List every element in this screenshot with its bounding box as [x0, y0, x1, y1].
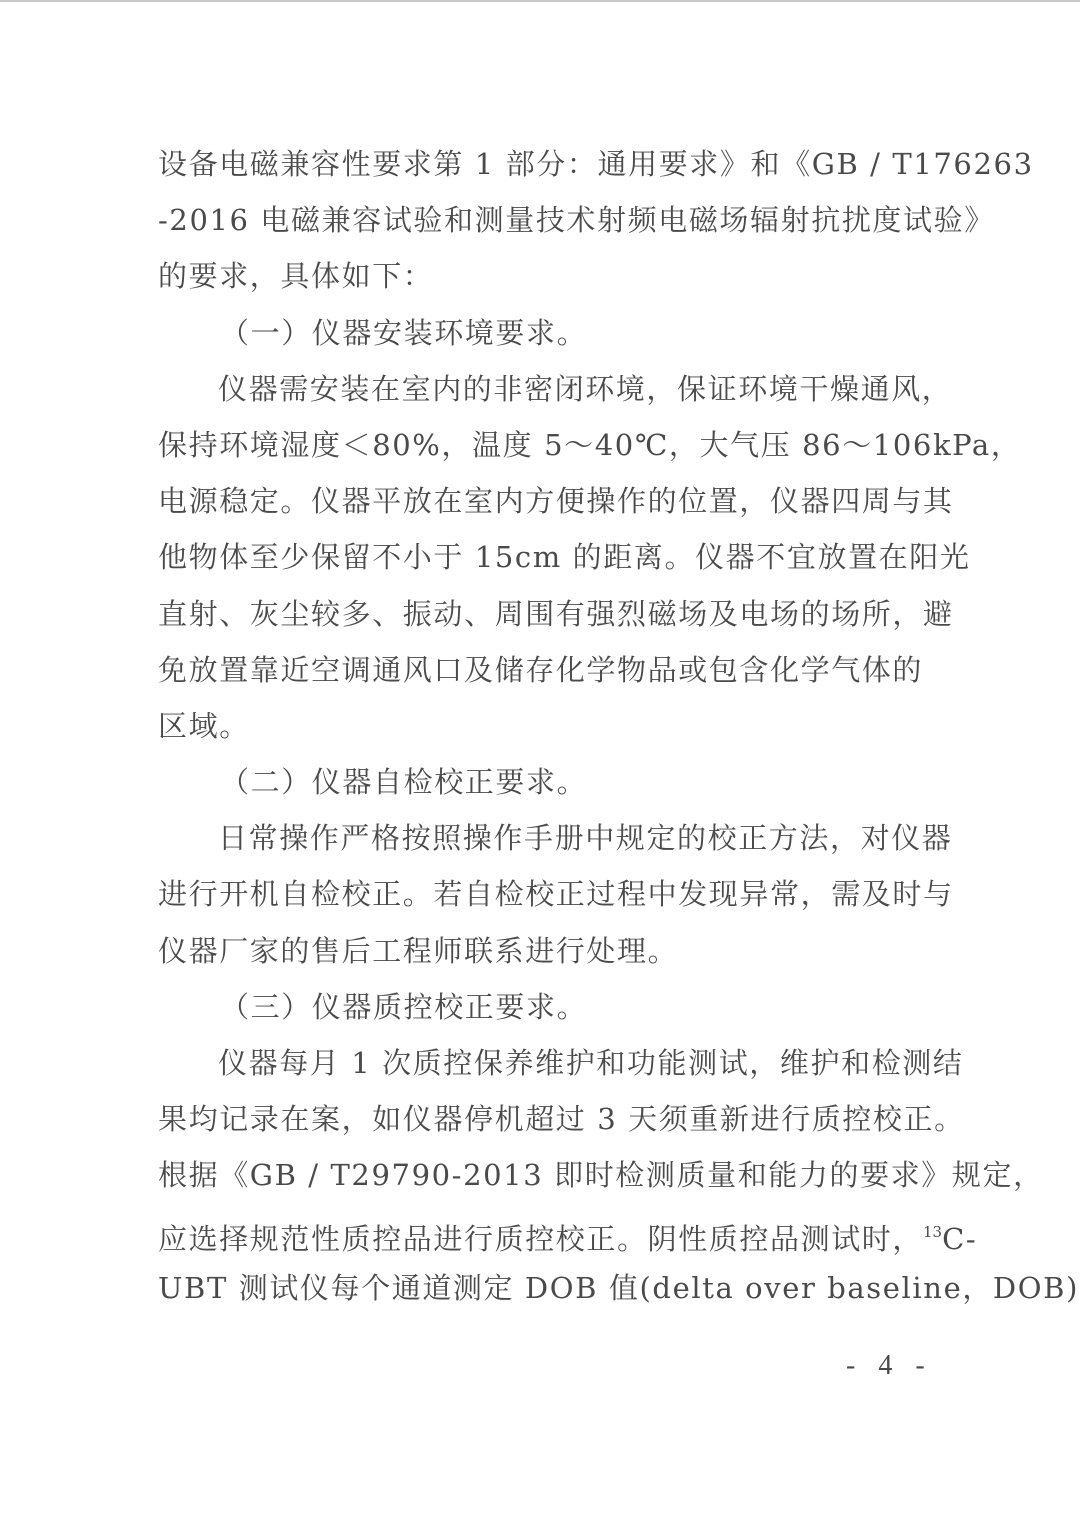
- text-line: 设备电磁兼容性要求第 1 部分：通用要求》和《GB / T176263: [158, 136, 914, 192]
- text-segment: C-: [942, 1222, 977, 1256]
- text-line: 根据《GB / T29790-2013 即时检测质量和能力的要求》规定，: [158, 1147, 914, 1203]
- text-line: 区域。: [158, 698, 914, 754]
- text-segment: 应选择规范性质控品进行质控校正。阴性质控品测试时，: [158, 1222, 923, 1256]
- page-top-border: [0, 0, 1080, 2]
- text-line: 日常操作严格按照操作手册中规定的校正方法，对仪器: [158, 810, 914, 866]
- text-line: -2016 电磁兼容试验和测量技术射频电磁场辐射抗扰度试验》: [158, 192, 914, 248]
- section-heading-self-check-calibration: （二）仪器自检校正要求。: [158, 754, 914, 810]
- text-line-with-superscript: 应选择规范性质控品进行质控校正。阴性质控品测试时，13C-: [158, 1204, 914, 1260]
- text-line: UBT 测试仪每个通道测定 DOB 值(delta over baseline，…: [158, 1260, 914, 1316]
- text-line: 保持环境湿度＜80%，温度 5～40℃，大气压 86～106kPa，: [158, 417, 914, 473]
- text-line: 免放置靠近空调通风口及储存化学物品或包含化学气体的: [158, 642, 914, 698]
- text-line: 的要求，具体如下：: [158, 248, 914, 304]
- text-line: 仪器需安装在室内的非密闭环境，保证环境干燥通风，: [158, 361, 914, 417]
- text-line: 仪器每月 1 次质控保养维护和功能测试，维护和检测结: [158, 1035, 914, 1091]
- text-line: 果均记录在案，如仪器停机超过 3 天须重新进行质控校正。: [158, 1091, 914, 1147]
- document-page: 设备电磁兼容性要求第 1 部分：通用要求》和《GB / T176263 -201…: [158, 136, 914, 1316]
- text-line: 仪器厂家的售后工程师联系进行处理。: [158, 923, 914, 979]
- section-heading-installation-environment: （一）仪器安装环境要求。: [158, 305, 914, 361]
- text-line: 电源稳定。仪器平放在室内方便操作的位置，仪器四周与其: [158, 473, 914, 529]
- text-line: 他物体至少保留不小于 15cm 的距离。仪器不宜放置在阳光: [158, 529, 914, 585]
- text-line: 直射、灰尘较多、振动、周围有强烈磁场及电场的场所，避: [158, 586, 914, 642]
- isotope-superscript: 13: [923, 1223, 942, 1241]
- section-heading-quality-control-calibration: （三）仪器质控校正要求。: [158, 979, 914, 1035]
- text-line: 进行开机自检校正。若自检校正过程中发现异常，需及时与: [158, 866, 914, 922]
- page-number: - 4 -: [846, 1350, 933, 1382]
